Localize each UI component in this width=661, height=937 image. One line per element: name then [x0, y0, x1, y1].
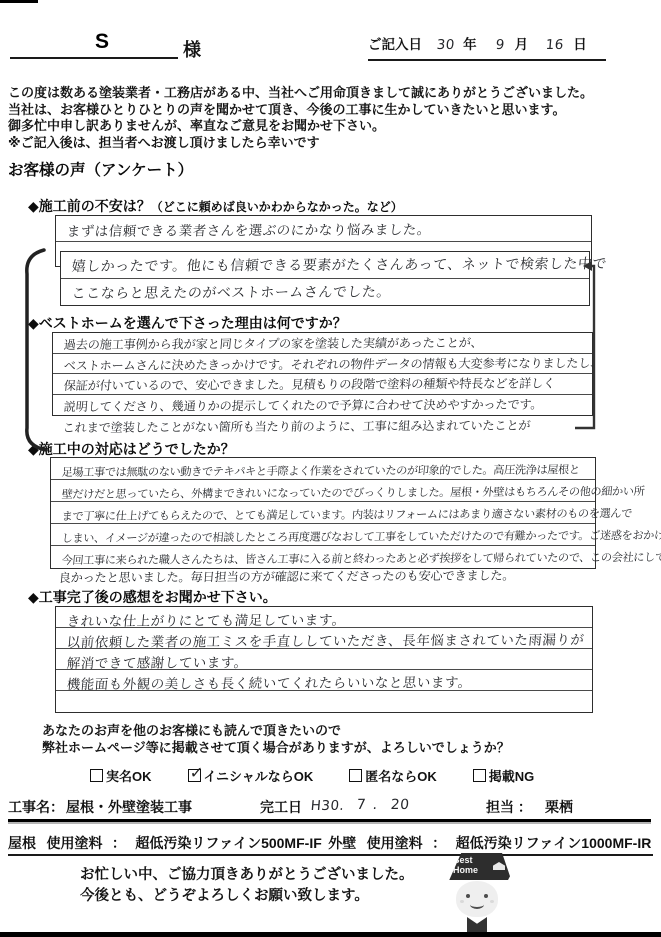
- project-name: 屋根・外壁塗装工事: [66, 797, 192, 817]
- permission-options: 実名OK ✓ イニシャルならOK 匿名ならOK 掲載NG: [90, 766, 570, 785]
- answer-line: 以前依頼した業者の施工ミスを手直ししていただき、長年悩まされていた雨漏りが: [66, 628, 585, 651]
- option-label: 実名OK: [106, 766, 152, 785]
- date-separator: .: [372, 797, 378, 813]
- mascot-body: [467, 917, 487, 932]
- scan-edge-top: [0, 0, 38, 3]
- answer-line: 保証が付いているので、安心できました。見積もりの段階で塗料の種類や特長などを詳し…: [63, 374, 556, 394]
- option-label: 匿名ならOK: [365, 766, 437, 785]
- intro-paragraph: この度は数ある塗装業者・工務店がある中、当社へご用命頂きまして誠にありがとうござ…: [8, 85, 648, 151]
- question-1-text: ◆施工前の不安は？: [28, 198, 151, 214]
- overflow-line: 良かったと思いました。毎日担当の方が確認に来てくださったのも安心できました。: [58, 567, 515, 586]
- logo-wordmark: Best Home: [453, 856, 478, 875]
- date-label: ご記入日: [368, 37, 422, 52]
- left-eye-icon: [466, 894, 470, 898]
- customer-initial: S: [95, 30, 109, 54]
- house-icon: [493, 862, 505, 870]
- footer-line-1: お忙しい中、ご協力頂きありがとうございました。: [80, 865, 414, 886]
- question-2-label: ◆ベストホームを選んで下さった理由は何ですか？: [28, 313, 347, 333]
- option-initial: ✓ イニシャルならOK: [188, 766, 314, 785]
- question-2-overflow: これまで塗装したことがない箇所も当たり前のように、工事に組み込まれていたことが: [62, 419, 530, 437]
- answer-line: 足場工事では無駄のない動きでテキパキと手際よく作業をされていたのが印象的でした。…: [61, 461, 580, 480]
- answer-line: 説明してくださり、幾通りかの提示してくれたので予算に合わせて決めやすかったです。: [63, 395, 543, 415]
- permission-line-2: 弊社ホームページ等に掲載させて頂く場合がありますが、よろしいでしょうか？: [42, 739, 642, 756]
- option-label: 掲載NG: [489, 766, 535, 785]
- inserted-note-line: 嬉しかったです。他にも信頼できる要素がたくさんあって、ネットで検索した中で: [71, 253, 608, 276]
- honorific-label: 様: [183, 36, 201, 62]
- overflow-line: これまで塗装したことがない箇所も当たり前のように、工事に組み込まれていたことが: [62, 417, 531, 436]
- inserted-note-line: ここならと思えたのがベストホームさんでした。: [71, 281, 392, 303]
- day-unit: 日: [573, 37, 587, 52]
- customer-name-line: S: [10, 30, 178, 59]
- staff-name: 栗栖: [545, 797, 573, 817]
- answer-line: 過去の施工事例から我が家と同じタイプの家を塗装した実績があったことが、: [63, 334, 483, 353]
- answer-box-3: 足場工事では無駄のない動きでテキパキと手際よく作業をされていたのが印象的でした。…: [50, 457, 596, 569]
- logo-word-home: Home: [453, 866, 478, 876]
- answer-line: しまい、イメージが違ったので相談したところ再度選びなおして工事をしていただけたの…: [61, 527, 661, 546]
- month-unit: 月: [515, 37, 529, 52]
- inserted-note-box: 嬉しかったです。他にも信頼できる要素がたくさんあって、ネットで検索した中で ここ…: [60, 251, 590, 306]
- smile-icon: [470, 900, 484, 909]
- question-4-label: ◆工事完了後の感想をお聞かせ下さい。: [28, 587, 277, 607]
- checkbox-anonymous[interactable]: [349, 769, 362, 782]
- project-row: 工事名： 屋根・外壁塗装工事 完工日 H30. 7 . 20 担当 ： 栗栖: [8, 795, 651, 822]
- completion-month: 7: [356, 797, 367, 813]
- survey-title: お客様の声（アンケート）: [8, 158, 193, 180]
- check-icon: ✓: [189, 763, 204, 782]
- checkbox-realname[interactable]: [90, 769, 103, 782]
- right-eye-icon: [484, 894, 488, 898]
- intro-line-4: ※ご記入後は、担当者へお渡し頂けましたら幸いです: [8, 135, 648, 152]
- date-year-value: 30: [436, 37, 456, 53]
- roof-paint-name: 超低汚染リファイン500MF-IF: [135, 835, 321, 851]
- question-3-overflow: 良かったと思いました。毎日担当の方が確認に来てくださったのも安心できました。: [58, 569, 514, 587]
- answer-box-4: きれいな仕上がりにとても満足しています。 以前依頼した業者の施工ミスを手直しして…: [55, 606, 593, 713]
- paint-row: 屋根 使用塗料 ： 超低汚染リファイン500MF-IF 外壁 使用塗料 ： 超低…: [8, 833, 653, 856]
- question-1-label: ◆施工前の不安は？（どこに頼めば良いかわからなかった。など）: [28, 196, 403, 216]
- logo-roof: Best Home: [444, 853, 510, 880]
- roof-label: 屋根: [8, 835, 36, 851]
- right-cheek-icon: [490, 900, 494, 903]
- usage-label: 使用塗料: [367, 835, 423, 851]
- fill-date-line: ご記入日 30 年 9 月 16 日: [368, 33, 606, 61]
- answer-line: まずは信頼できる業者さんを選ぶのにかなり悩みました。: [66, 218, 432, 240]
- answer-line: 今回工事に来られた職人さんたちは、皆さん工事に入る前と終わったあと必ず挨拶をして…: [61, 549, 661, 568]
- questionnaire-page: S 様 ご記入日 30 年 9 月 16 日 この度は数ある塗装業者・工務店があ…: [0, 0, 661, 937]
- mascot-face: [456, 881, 498, 917]
- scan-edge-bottom: [0, 932, 661, 937]
- answer-line: 機能面も外観の美しさも長く続いてくれたらいいなと思います。: [66, 671, 473, 693]
- wall-label: 外壁: [328, 835, 356, 851]
- colon: ：: [112, 835, 126, 851]
- answer-line: 壁だけだと思っていたら、外構まできれいになっていたのでびっくりしました。屋根・外…: [61, 483, 645, 502]
- question-3-label: ◆施工中の対応はどうでしたか？: [28, 439, 235, 459]
- answer-line: まで丁寧に仕上げてもらえたので、とても満足しています。内装はリフォームにはあまり…: [61, 505, 633, 524]
- colon: ：: [432, 835, 446, 851]
- date-day-value: 16: [545, 37, 565, 53]
- permission-paragraph: あなたのお声を他のお客様にも読んで頂きたいので 弊社ホームページ等に掲載させて頂…: [42, 722, 642, 756]
- footer-message: お忙しい中、ご協力頂きありがとうございました。 今後とも、どうぞよろしくお願い致…: [80, 865, 414, 907]
- completion-day: 20: [390, 797, 410, 813]
- completion-era: H30.: [310, 798, 345, 814]
- project-label: 工事名：: [8, 797, 64, 817]
- answer-box-2: 過去の施工事例から我が家と同じタイプの家を塗装した実績があったことが、 ベストホ…: [52, 332, 593, 416]
- usage-label: 使用塗料: [46, 835, 102, 851]
- staff-label: 担当 ：: [486, 797, 532, 817]
- option-label: イニシャルならOK: [204, 766, 314, 785]
- answer-line: 解消できて感謝しています。: [66, 651, 249, 672]
- intro-line-2: 当社は、お客様ひとりひとりの声を聞かせて頂き、今後の工事に生かしていきたいと思い…: [8, 102, 648, 119]
- intro-line-1: この度は数ある塗装業者・工務店がある中、当社へご用命頂きまして誠にありがとうござ…: [8, 85, 648, 102]
- checkbox-no-publish[interactable]: [473, 769, 486, 782]
- footer-line-2: 今後とも、どうぞよろしくお願い致します。: [80, 886, 414, 907]
- intro-line-3: 御多忙中申し訳ありませんが、率直なご意見をお聞かせ下さい。: [8, 118, 648, 135]
- answer-line: ベストホームさんに決めたきっかけです。それぞれの物件データの情報も大変参考になり…: [63, 354, 603, 374]
- wall-paint-name: 超低汚染リファイン1000MF-IR: [456, 835, 652, 851]
- permission-line-1: あなたのお声を他のお客様にも読んで頂きたいので: [42, 722, 642, 739]
- checkbox-initial-checked[interactable]: ✓: [188, 769, 201, 782]
- completion-label: 完工日: [260, 797, 302, 817]
- date-month-value: 9: [495, 37, 505, 53]
- left-brace-annotation: [27, 250, 46, 450]
- left-cheek-icon: [460, 900, 464, 903]
- option-no-publish: 掲載NG: [473, 766, 535, 785]
- besthome-logo: Best Home: [441, 853, 513, 933]
- year-unit: 年: [463, 37, 477, 52]
- question-1-note: （どこに頼めば良いかわからなかった。など）: [151, 200, 403, 214]
- option-anonymous: 匿名ならOK: [349, 766, 437, 785]
- option-realname: 実名OK: [90, 766, 152, 785]
- answer-line: きれいな仕上がりにとても満足しています。: [66, 609, 347, 630]
